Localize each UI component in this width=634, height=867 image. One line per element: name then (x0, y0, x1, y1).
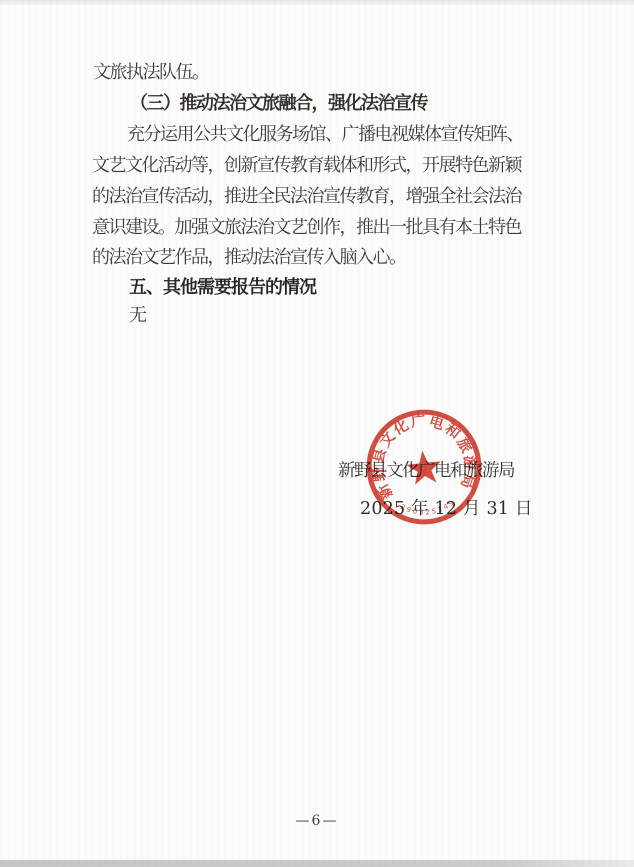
page-number: —6— (0, 813, 634, 829)
scan-edge-top (0, 0, 634, 5)
body-text-line: 文艺文化活动等，创新宣传教育载体和形式，开展特色新颖 (92, 155, 521, 177)
body-text-line: 充分运用公共文化服务场馆、广播电视媒体宣传矩阵、 (127, 124, 523, 146)
section-heading-5: 五、其他需要报告的情况 (129, 276, 316, 298)
body-text-line: 意识建设。加强文旅法治文艺创作，推出一批具有本土特色 (92, 217, 521, 239)
body-text-line: 文旅执法队伍。 (93, 62, 209, 84)
body-text-line: 的法治宣传活动，推进全民法治宣传教育，增强全社会法治 (92, 186, 521, 208)
body-text-line: 的法治文艺作品，推动法治宣传入脑入心。 (92, 247, 406, 269)
scan-edge-bottom (0, 860, 634, 867)
section-heading-3: （三）推动法治文旅融合，强化法治宣传 (130, 93, 427, 115)
document-page: 文旅执法队伍。 （三）推动法治文旅融合，强化法治宣传 充分运用公共文化服务场馆、… (0, 0, 634, 867)
official-seal: 新野县文化广电和旅游局 290325149 (353, 397, 496, 538)
seal-star-icon (405, 449, 443, 486)
empty-section-text: 无 (129, 305, 146, 327)
